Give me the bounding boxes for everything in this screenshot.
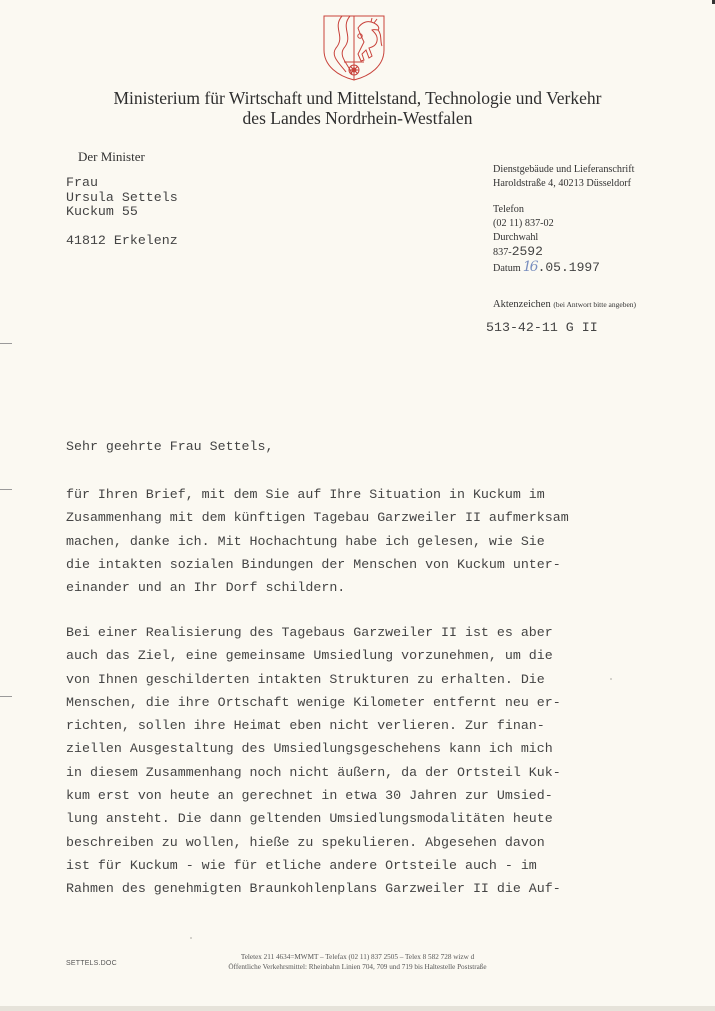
body-line: ziellen Ausgestaltung des Umsiedlungsges… [66, 737, 561, 760]
fold-mark [0, 489, 12, 490]
recipient-city: 41812 Erkelenz [66, 234, 178, 249]
reference-number: 513-42-11 G II [486, 320, 598, 335]
recipient-name: Ursula Settels [66, 191, 178, 206]
body-line: lung ansteht. Die dann geltenden Umsiedl… [66, 807, 561, 830]
body-line: die intakten sozialen Bindungen der Mens… [66, 553, 569, 576]
extension-prefix: 837- [493, 247, 512, 258]
recipient-title: Frau [66, 176, 178, 191]
ministry-name: Ministerium für Wirtschaft und Mittelsta… [0, 88, 715, 108]
extension-number: 2592 [512, 244, 543, 259]
nrw-coat-of-arms-icon [322, 14, 386, 82]
date-label: Datum [493, 262, 521, 276]
body-line: machen, danke ich. Mit Hochachtung habe … [66, 530, 569, 553]
body-line: kum erst von heute an gerechnet in etwa … [66, 784, 561, 807]
body-line: auch das Ziel, eine gemeinsame Umsiedlun… [66, 644, 561, 667]
recipient-street: Kuckum 55 [66, 205, 178, 220]
reference-label: Aktenzeichen [493, 299, 551, 310]
sender-role: Der Minister [78, 149, 145, 165]
office-address: Haroldstraße 4, 40213 Düsseldorf [493, 177, 693, 191]
letter-salutation: Sehr geehrte Frau Settels, [66, 439, 273, 454]
body-line: beschreiben zu wollen, hieße zu spekulie… [66, 831, 561, 854]
handwritten-date-day: 16 [523, 260, 537, 274]
footer-contact: Teletex 211 4634=MWMT – Telefax (02 11) … [190, 952, 525, 972]
body-line: Bei einer Realisierung des Tagebaus Garz… [66, 621, 561, 644]
fold-mark [0, 696, 12, 697]
phone-label: Telefon [493, 203, 693, 217]
reference-note: (bei Antwort bitte angeben) [553, 300, 636, 309]
body-line: richten, sollen ihre Heimat eben nicht v… [66, 714, 561, 737]
reference-label-row: Aktenzeichen (bei Antwort bitte angeben) [493, 299, 636, 310]
ministry-state: des Landes Nordrhein-Westfalen [0, 108, 715, 128]
body-line: Rahmen des genehmigten Braunkohlenplans … [66, 877, 561, 900]
file-name: SETTELS.DOC [66, 960, 117, 967]
footer-transit: Öffentliche Verkehrsmittel: Rheinbahn Li… [190, 962, 525, 972]
body-paragraph-1: für Ihren Brief, mit dem Sie auf Ihre Si… [66, 483, 569, 599]
body-line: Menschen, die ihre Ortschaft wenige Kilo… [66, 691, 561, 714]
scan-speck [190, 937, 192, 939]
date-value: .05.1997 [538, 261, 600, 275]
ministry-header: Ministerium für Wirtschaft und Mittelsta… [0, 88, 715, 128]
scan-bottom-edge [0, 1006, 715, 1011]
body-paragraph-2: Bei einer Realisierung des Tagebaus Garz… [66, 621, 561, 901]
recipient-address: Frau Ursula Settels Kuckum 55 41812 Erke… [66, 176, 178, 248]
extension-label: Durchwahl [493, 231, 693, 245]
contact-info-block: Dienstgebäude und Lieferanschrift Harold… [493, 163, 693, 276]
body-line: einander und an Ihr Dorf schildern. [66, 576, 569, 599]
letter-page: Ministerium für Wirtschaft und Mittelsta… [0, 0, 715, 1011]
extension-row: 837-2592 [493, 245, 693, 260]
body-line: Zusammenhang mit dem künftigen Tagebau G… [66, 506, 569, 529]
address-label: Dienstgebäude und Lieferanschrift [493, 163, 693, 177]
body-line: ist für Kuckum - wie für etliche andere … [66, 854, 561, 877]
scan-speck [610, 678, 612, 680]
body-line: von Ihnen geschilderten intakten Struktu… [66, 668, 561, 691]
footer-telecom: Teletex 211 4634=MWMT – Telefax (02 11) … [190, 952, 525, 962]
date-row: Datum 16 .05.1997 [493, 260, 693, 276]
phone-number: (02 11) 837-02 [493, 217, 693, 231]
fold-mark [0, 343, 12, 344]
body-line: in diesem Zusammenhang noch nicht äußern… [66, 761, 561, 784]
body-line: für Ihren Brief, mit dem Sie auf Ihre Si… [66, 483, 569, 506]
